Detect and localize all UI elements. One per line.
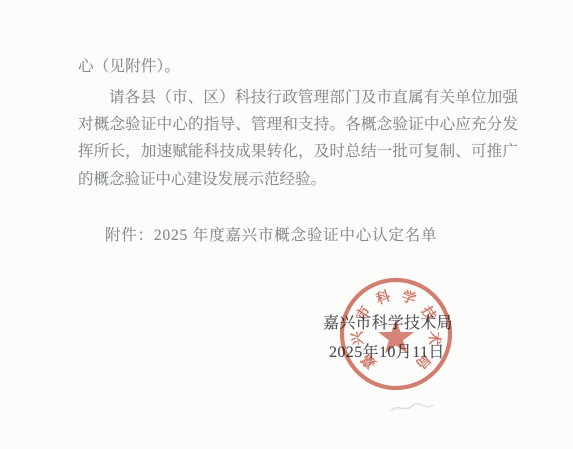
svg-text:技: 技 (417, 302, 439, 324)
paragraph-line: 请各县（市、区）科技行政管理部门及市直属有关单位加强 (78, 88, 518, 110)
svg-text:市: 市 (352, 303, 374, 324)
svg-text:科: 科 (374, 287, 394, 308)
svg-text:局: 局 (412, 350, 433, 371)
seal-star-icon (378, 319, 414, 353)
svg-text:兴: 兴 (349, 329, 367, 346)
paragraph-line: 挥所长，加速赋能科技成果转化，及时总结一批可复制、可推广 (78, 142, 518, 164)
svg-text:嘉: 嘉 (358, 350, 380, 372)
official-seal: 嘉兴市科学技术局 (338, 276, 456, 394)
opening-line: 心（见附件）。 (78, 57, 180, 77)
svg-text:学: 学 (399, 287, 418, 308)
paragraph-line: 的概念验证中心建设发展示范经验。 (78, 170, 518, 192)
attachment-line: 附件：2025 年度嘉兴市概念验证中心认定名单 (105, 226, 437, 246)
ink-smudge (388, 400, 436, 416)
paragraph-line: 对概念验证中心的指导、管理和支持。各概念验证中心应充分发 (78, 115, 518, 137)
svg-text:术: 术 (425, 329, 444, 346)
document-page: 心（见附件）。 请各县（市、区）科技行政管理部门及市直属有关单位加强 对概念验证… (0, 0, 573, 449)
